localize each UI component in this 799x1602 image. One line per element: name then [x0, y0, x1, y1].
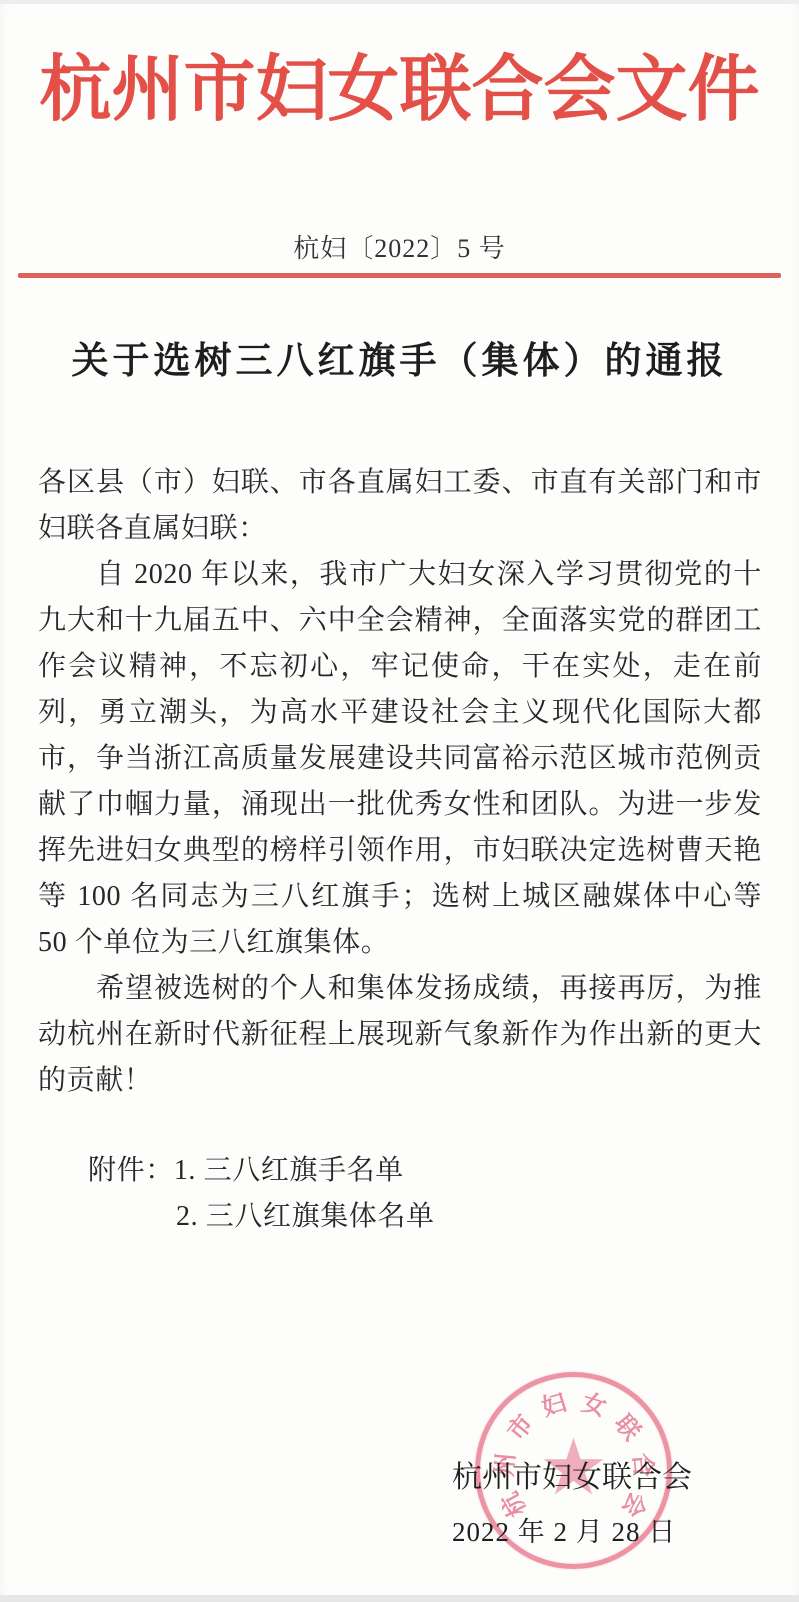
attachment-item-2: 2. 三八红旗集体名单 — [88, 1194, 762, 1240]
seal-arc-char: 联 — [607, 1408, 646, 1447]
issuer-signature: 杭州市妇女联合会 — [452, 1458, 692, 1498]
body-paragraph-1: 自 2020 年以来，我市广大妇女深入学习贯彻党的十九大和十九届五中、六中全会精… — [38, 552, 762, 966]
document-title: 关于选树三八红旗手（集体）的通报 — [0, 338, 799, 386]
seal-arc-char: 妇 — [536, 1388, 571, 1423]
attachments-block: 附件：1. 三八红旗手名单 2. 三八红旗集体名单 — [38, 1148, 762, 1240]
document-body: 各区县（市）妇联、市各直属妇工委、市直有关部门和市妇联各直属妇联： 自 2020… — [38, 460, 762, 1240]
attachments-label: 附件： — [88, 1155, 174, 1186]
seal-arc-char: 女 — [576, 1388, 611, 1423]
salutation: 各区县（市）妇联、市各直属妇工委、市直有关部门和市妇联各直属妇联： — [38, 460, 762, 552]
attachment-line: 附件：1. 三八红旗手名单 — [88, 1148, 762, 1194]
letterhead-title: 杭州市妇女联合会文件 — [0, 44, 799, 136]
red-divider-line — [18, 273, 781, 278]
issue-date: 2022 年 2 月 28 日 — [452, 1512, 676, 1552]
document-page: 杭州市妇女联合会文件 杭妇〔2022〕5 号 关于选树三八红旗手（集体）的通报 … — [0, 0, 799, 1602]
body-paragraph-2: 希望被选树的个人和集体发扬成绩，再接再厉，为推动杭州在新时代新征程上展现新气象新… — [38, 966, 762, 1104]
attachment-item-1: 1. 三八红旗手名单 — [174, 1155, 404, 1186]
doc-number: 杭妇〔2022〕5 号 — [0, 232, 799, 266]
seal-arc-char: 市 — [501, 1408, 540, 1447]
